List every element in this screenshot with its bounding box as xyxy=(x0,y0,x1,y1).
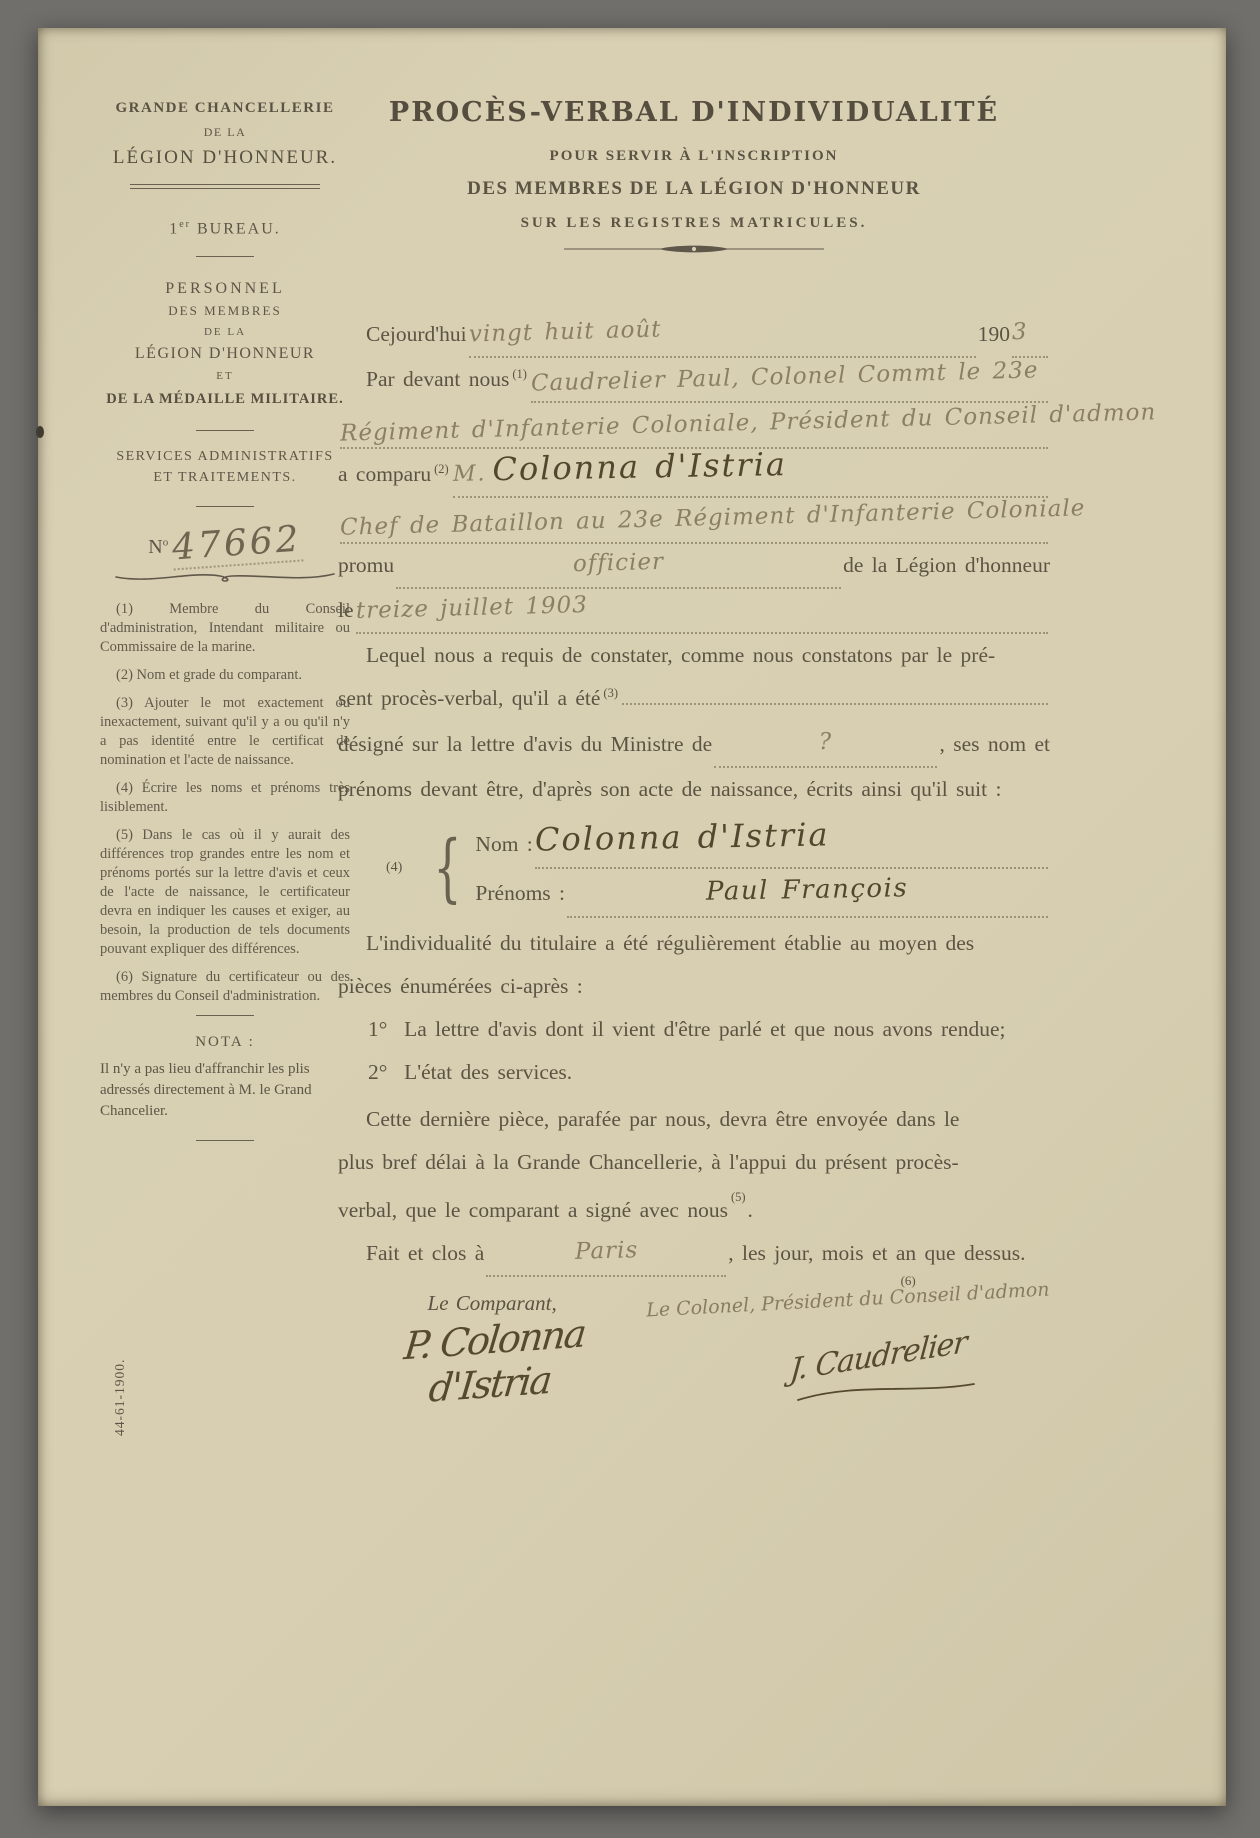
services-line: ET TRAITEMENTS. xyxy=(100,467,350,488)
paragraph-2-line-2: pièces énumérées ci-après : xyxy=(338,965,1050,1008)
line-comparant-grade: Chef de Bataillon au 23e Régiment d'Infa… xyxy=(338,499,1050,544)
fait-suffix: , les jour, mois et an que dessus. xyxy=(728,1232,1025,1275)
org-line-3: LÉGION D'HONNEUR. xyxy=(100,147,350,169)
matricule-number-line: No 47662 xyxy=(100,521,350,564)
document-page: GRANDE CHANCELLERIE DE LA LÉGION D'HONNE… xyxy=(38,28,1226,1806)
services-heading: SERVICES ADMINISTRATIFS ET TRAITEMENTS. xyxy=(100,446,350,488)
date-label: Cejourd'hui xyxy=(366,313,467,356)
ete-blank-field xyxy=(622,703,1048,705)
prenoms-handwritten: Paul François xyxy=(706,865,909,915)
item-1-number: 1° xyxy=(368,1017,387,1041)
para1-text: sent procès-verbal, qu'il a été xyxy=(338,677,600,720)
grade-field: Chef de Bataillon au 23e Régiment d'Infa… xyxy=(340,499,1048,544)
prenoms-line: Prénoms : Paul François xyxy=(475,869,1050,918)
paragraph-3-line-1: Cette dernière pièce, parafée par nous, … xyxy=(338,1098,1050,1141)
double-rule xyxy=(130,184,320,189)
paragraph-2-line-1: L'individualité du titulaire a été régul… xyxy=(338,922,1050,965)
date-handwritten: vingt huit août xyxy=(468,308,662,356)
comparant-label: a comparu xyxy=(338,453,431,496)
personnel-line: DE LA MÉDAILLE MILITAIRE. xyxy=(100,387,350,412)
date-field: vingt huit août xyxy=(469,313,976,358)
rule-divider xyxy=(196,1140,254,1141)
nom-line: Nom : Colonna d'Istria xyxy=(475,817,1050,869)
prenoms-label: Prénoms : xyxy=(475,870,565,916)
ministre-suffix: , ses nom et xyxy=(939,723,1050,766)
flourish-divider xyxy=(112,568,338,586)
list-item-2: 2° L'état des services. xyxy=(368,1051,1050,1094)
paragraph-1-line-3: désigné sur la lettre d'avis du Ministre… xyxy=(338,723,1050,768)
page-title: PROCÈS-VERBAL D'INDIVIDUALITÉ xyxy=(338,96,1050,130)
paragraph-1-line-2: sent procès-verbal, qu'il a été (3) xyxy=(338,677,1050,723)
para3-period: . xyxy=(748,1198,753,1222)
officiant-label: Par devant nous xyxy=(366,358,509,401)
officiant-field-2: Régiment d'Infanterie Coloniale, Préside… xyxy=(340,404,1048,449)
item-1-text: La lettre d'avis dont il vient d'être pa… xyxy=(404,1017,1005,1041)
bureau-word: BUREAU. xyxy=(191,220,281,237)
photo-backdrop: GRANDE CHANCELLERIE DE LA LÉGION D'HONNE… xyxy=(0,0,1260,1838)
name-block: (4) { Nom : Colonna d'Istria Prénoms : P… xyxy=(386,817,1050,918)
line-officiant-2: Régiment d'Infanterie Coloniale, Préside… xyxy=(338,404,1050,449)
name-fields: Nom : Colonna d'Istria Prénoms : Paul Fr… xyxy=(475,817,1050,918)
footnote-ref-2: (2) xyxy=(434,448,449,491)
le-field: treize juillet 1903 xyxy=(356,589,1048,634)
line-promotion: promu officier de la Légion d'honneur xyxy=(338,544,1050,589)
footnote-2: (2) Nom et grade du comparant. xyxy=(100,666,350,685)
personnel-line: DES MEMBRES xyxy=(100,300,350,322)
para3-text: verbal, que le comparant a signé avec no… xyxy=(338,1198,728,1222)
printer-imprint: 44-61-1900. xyxy=(112,1359,128,1436)
rule-divider xyxy=(196,1015,254,1016)
comparant-name: Colonna d'Istria xyxy=(492,445,787,488)
footnote-ref-3: (3) xyxy=(603,672,618,715)
personnel-line: ET xyxy=(100,366,350,387)
year-handwritten: 3 xyxy=(1011,311,1028,354)
ornament-divider xyxy=(564,243,824,255)
bureau-ordinal: er xyxy=(179,219,191,230)
footnote-3: (3) Ajouter le mot exactement ou inexact… xyxy=(100,694,350,770)
fait-label: Fait et clos à xyxy=(366,1232,484,1275)
footnote-1: (1) Membre du Conseil d'administration, … xyxy=(100,600,350,657)
printer-imprint-box: 44-61-1900. xyxy=(96,1324,120,1436)
paragraph-1-line-4: prénoms devant être, d'après son acte de… xyxy=(338,768,1050,811)
footnote-ref-1: (1) xyxy=(512,353,527,396)
line-fait-clos: Fait et clos à Paris , les jour, mois et… xyxy=(338,1232,1050,1277)
subtitle-2: DES MEMBRES DE LA LÉGION D'HONNEUR xyxy=(338,177,1050,201)
footnote-5: (5) Dans le cas où il y aurait des diffé… xyxy=(100,826,350,959)
subtitle-3: SUR LES REGISTRES MATRICULES. xyxy=(338,213,1050,233)
promu-field: officier xyxy=(396,544,841,589)
org-line-2: DE LA xyxy=(100,125,350,140)
signature-flourish xyxy=(796,1380,976,1402)
monsieur-abbrev: M. xyxy=(453,461,487,487)
list-item-1: 1° La lettre d'avis dont il vient d'être… xyxy=(368,1008,1050,1051)
le-handwritten: treize juillet 1903 xyxy=(355,584,588,633)
nom-field: Colonna d'Istria xyxy=(535,817,1048,869)
comparant-name-handwritten: M.Colonna d'Istria xyxy=(452,443,787,496)
item-2-text: L'état des services. xyxy=(404,1060,572,1084)
personnel-line: PERSONNEL xyxy=(100,277,350,300)
signature-right: (6) Le Colonel, Président du Conseil d'a… xyxy=(646,1273,1050,1402)
comparant-signature: P. Colonna d'Istria xyxy=(334,1307,651,1417)
ministre-field: ? xyxy=(714,723,937,768)
bureau-heading: 1er BUREAU. xyxy=(100,219,350,238)
paragraph-3-line-3: verbal, que le comparant a signé avec no… xyxy=(338,1184,1050,1232)
signature-block: Le Comparant, P. Colonna d'Istria (6) Le… xyxy=(338,1291,1050,1420)
promu-handwritten: officier xyxy=(572,541,664,586)
main-column: PROCÈS-VERBAL D'INDIVIDUALITÉ POUR SERVI… xyxy=(338,96,1050,1420)
promu-suffix: de la Légion d'honneur xyxy=(843,544,1050,587)
footnote-6: (6) Signature du certificateur ou des me… xyxy=(100,968,350,1006)
promu-label: promu xyxy=(338,544,394,587)
rule-divider xyxy=(196,256,254,257)
footnote-ref-4: (4) xyxy=(386,860,402,876)
rule-divider xyxy=(196,430,254,431)
fait-field: Paris xyxy=(486,1232,726,1277)
brace-glyph: { xyxy=(434,828,462,908)
signature-left: Le Comparant, P. Colonna d'Istria xyxy=(338,1291,646,1420)
org-line-1: GRANDE CHANCELLERIE xyxy=(100,98,350,118)
le-label: le xyxy=(338,589,354,632)
footnotes: (1) Membre du Conseil d'administration, … xyxy=(100,600,350,1006)
line-promotion-date: le treize juillet 1903 xyxy=(338,589,1050,634)
bureau-number: 1 xyxy=(169,220,179,237)
paragraph-3-line-2: plus bref délai à la Grande Chancellerie… xyxy=(338,1141,1050,1184)
ministre-mark: ? xyxy=(819,721,833,764)
rule-divider xyxy=(196,506,254,507)
fait-handwritten: Paris xyxy=(574,1229,638,1274)
footnote-4: (4) Écrire les noms et prénoms très lisi… xyxy=(100,779,350,817)
paragraph-1-line-1: Lequel nous a requis de constater, comme… xyxy=(338,634,1050,677)
matricule-number-value: 47662 xyxy=(171,519,303,571)
ministre-label: désigné sur la lettre d'avis du Ministre… xyxy=(338,723,712,766)
personnel-line: LÉGION D'HONNEUR xyxy=(100,342,350,366)
services-line: SERVICES ADMINISTRATIFS xyxy=(100,446,350,467)
nom-handwritten: Colonna d'Istria xyxy=(534,811,829,862)
personnel-heading: PERSONNEL DES MEMBRES DE LA LÉGION D'HON… xyxy=(100,277,350,412)
footnote-ref-5: (5) xyxy=(731,1190,746,1204)
prenoms-field: Paul François xyxy=(567,869,1048,918)
personnel-line: DE LA xyxy=(100,322,350,342)
subtitle-1: POUR SERVIR À L'INSCRIPTION xyxy=(338,146,1050,166)
colonel-signature: J. Caudrelier xyxy=(788,1325,967,1389)
nota-heading: NOTA : xyxy=(100,1034,350,1051)
number-label: No xyxy=(148,536,168,558)
nota-text: Il n'y a pas lieu d'affranchir les plis … xyxy=(100,1059,350,1122)
left-margin-column: GRANDE CHANCELLERIE DE LA LÉGION D'HONNE… xyxy=(100,98,350,1141)
paper-blemish xyxy=(36,426,44,438)
nom-label: Nom : xyxy=(475,821,532,867)
item-2-number: 2° xyxy=(368,1060,387,1084)
